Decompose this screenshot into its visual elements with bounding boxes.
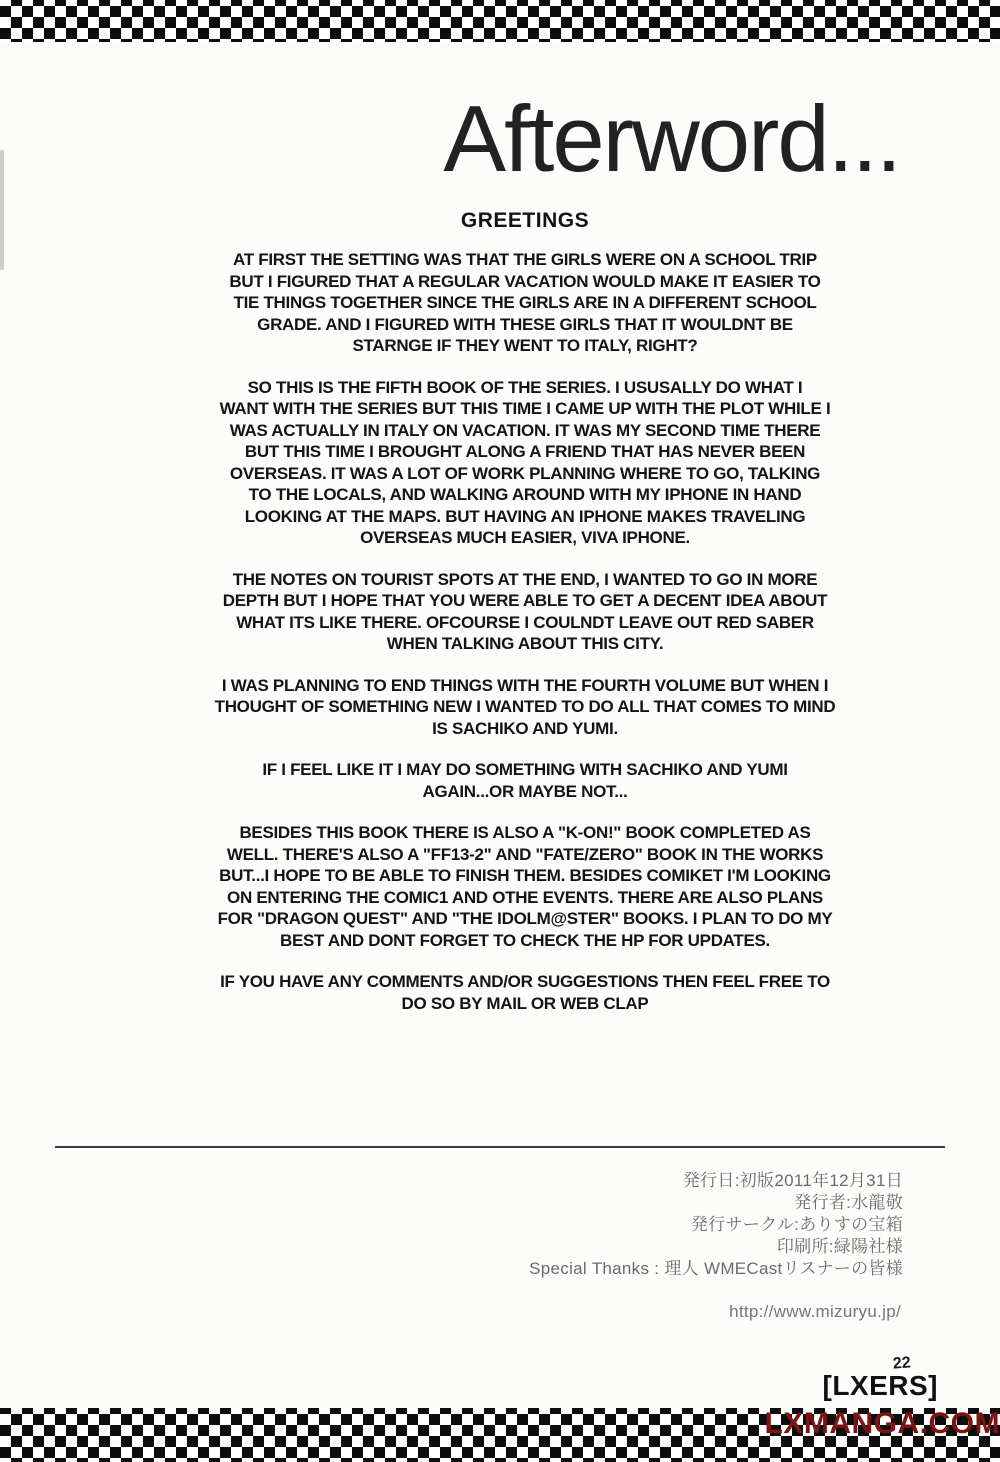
publication-credits: 発行日:初版2011年12月31日 発行者:水龍敬 発行サークル:ありすの宝箱 … — [529, 1170, 903, 1280]
credit-publication-date: 発行日:初版2011年12月31日 — [529, 1170, 903, 1192]
paragraph-other-books: BESIDES THIS BOOK THERE IS ALSO A "K-ON!… — [125, 822, 925, 951]
paragraph-setting: AT FIRST THE SETTING WAS THAT THE GIRLS … — [125, 249, 925, 357]
afterword-body: AT FIRST THE SETTING WAS THAT THE GIRLS … — [125, 249, 925, 1034]
paragraph-tourist-notes: THE NOTES ON TOURIST SPOTS AT THE END, I… — [125, 569, 925, 655]
author-website-url: http://www.mizuryu.jp/ — [729, 1302, 901, 1322]
credit-circle: 発行サークル:ありすの宝箱 — [529, 1214, 903, 1236]
afterword-page: Afterword... GREETINGS AT FIRST THE SETT… — [0, 0, 1000, 1462]
scanlation-group-tag: [LXERS] — [823, 1370, 939, 1402]
credit-special-thanks: Special Thanks : 理人 WMECastリスナーの皆様 — [529, 1258, 903, 1280]
paragraph-comments: IF YOU HAVE ANY COMMENTS AND/OR SUGGESTI… — [125, 971, 925, 1014]
paragraph-maybe-again: IF I FEEL LIKE IT I MAY DO SOMETHING WIT… — [125, 759, 925, 802]
credit-printer: 印刷所:緑陽社様 — [529, 1236, 903, 1258]
greeting-heading: GREETINGS — [130, 209, 920, 233]
diamond-border-top — [0, 0, 1000, 42]
page-title: Afterword... — [443, 92, 900, 186]
credit-publisher: 発行者:水龍敬 — [529, 1192, 903, 1214]
site-watermark: LXMANGA.COM — [765, 1407, 1000, 1441]
scan-artifact — [0, 150, 4, 270]
credits-divider-line — [55, 1146, 945, 1148]
paragraph-fourth-volume: I WAS PLANNING TO END THINGS WITH THE FO… — [125, 675, 925, 740]
paragraph-fifth-book: SO THIS IS THE FIFTH BOOK OF THE SERIES.… — [125, 377, 925, 549]
